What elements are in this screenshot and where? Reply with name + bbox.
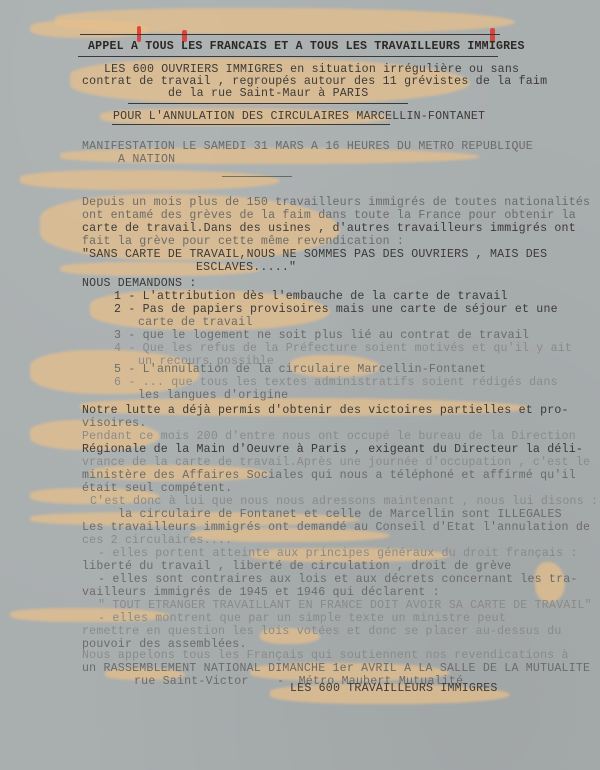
demand-item: 2 - Pas de papiers provisoires mais une …: [114, 303, 558, 316]
rally-line-1: MANIFESTATION LE SAMEDI 31 MARS A 16 HEU…: [82, 140, 533, 153]
demands-heading: NOUS DEMANDONS :: [82, 277, 197, 290]
motto: POUR L'ANNULATION DES CIRCULAIRES MARCEL…: [113, 110, 485, 123]
rally-line-2: A NATION: [118, 153, 175, 166]
demand-item: 1 - L'attribution dès l'embauche de la c…: [114, 290, 508, 303]
demand-item: 4 - Que les refus de la Préfecture soien…: [114, 342, 572, 355]
rule-under-title: [78, 56, 498, 57]
document-title: APPEL A TOUS LES FRANCAIS ET A TOUS LES …: [88, 40, 525, 53]
demand-item: 3 - que le logement ne soit plus lié au …: [114, 329, 529, 342]
rally-rule: [222, 176, 292, 177]
rule-under-motto: [112, 124, 390, 125]
demand-item: 5 - L'annulation de la circulaire Marcel…: [114, 363, 486, 376]
rule-under-subtitle: [128, 103, 408, 104]
subtitle-line-3: de la rue Saint-Maur à PARIS: [168, 87, 368, 100]
demand-item: 6 - ... que tous les textes administrati…: [114, 376, 558, 389]
rule-top: [80, 34, 500, 35]
signature: LES 600 TRAVAILLEURS IMMIGRES: [290, 682, 498, 695]
